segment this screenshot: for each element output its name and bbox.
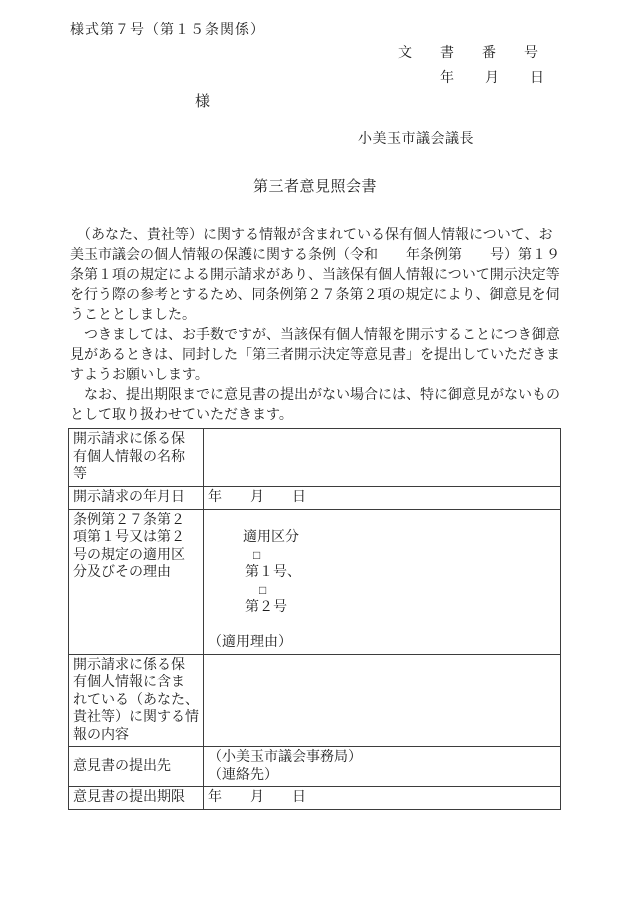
body-text: （あなた、貴社等）に関する情報が含まれている保有個人情報について、お 美玉市議会… [70, 226, 562, 426]
row-label-info-content: 開示請求に係る保 有個人情報に含ま れている（あなた、 貴社等）に関する情 報の… [69, 654, 204, 747]
applicable-reason-label: （適用理由） [208, 634, 556, 652]
table-row-info-content: 開示請求に係る保 有個人情報に含ま れている（あなた、 貴社等）に関する情 報の… [69, 654, 561, 747]
inquiry-details-table: 開示請求に係る保 有個人情報の名称 等 開示請求の年月日 年 月 日 条例第２７… [68, 428, 561, 810]
checkbox-item2-icon[interactable]: □ [259, 582, 266, 600]
info-content-input-area[interactable] [204, 654, 561, 747]
document-page: 様式第７号（第１５条関係） 文 書 番 号 年 月 日 様 小美玉市議会議長 第… [0, 0, 630, 903]
body-text-line: 条第１項の規定による開示請求があり、当該保有個人情報について開示決定等 [70, 266, 562, 286]
checkbox-item1-icon[interactable]: □ [253, 547, 260, 565]
document-number-label: 文 書 番 号 [398, 42, 545, 62]
row-label-personal-info-name: 開示請求に係る保 有個人情報の名称 等 [69, 429, 204, 487]
body-text-line: を行う際の参考とするため、同条例第２７条第２項の規定により、御意見を伺 [70, 286, 562, 306]
addressee-honorific: 様 [195, 90, 210, 111]
applicable-provision-value-area[interactable]: 適用区分 □ 第１号、 □ 第２号 （適用理由） [204, 509, 561, 654]
body-text-line: なお、提出期限までに意見書の提出がない場合には、特に御意見がないもの [70, 386, 562, 406]
table-row-personal-info-name: 開示請求に係る保 有個人情報の名称 等 [69, 429, 561, 487]
body-text-line: として取り扱わせていただきます。 [70, 406, 562, 426]
row-label-request-date: 開示請求の年月日 [69, 486, 204, 509]
body-text-line: つきましては、お手数ですが、当該保有個人情報を開示することにつき御意 [70, 326, 562, 346]
applicable-category-line: 適用区分 □ 第１号、 □ 第２号 [208, 512, 556, 635]
document-date-line: 年 月 日 [440, 67, 545, 87]
applicable-category-label: 適用区分 [243, 530, 299, 545]
row-label-submission-deadline: 意見書の提出期限 [69, 787, 204, 810]
submission-destination-value-area[interactable]: （小美玉市議会事務局） （連絡先） [204, 747, 561, 787]
addressee-name-input-area[interactable] [95, 93, 195, 111]
body-text-line: すようお願いします。 [70, 366, 562, 386]
row-label-submission-destination: 意見書の提出先 [69, 747, 204, 787]
body-text-line: うこととしました。 [70, 306, 562, 326]
addressee-line: 様 [95, 90, 210, 111]
row-label-applicable-provision: 条例第２７条第２ 項第１号又は第２ 号の規定の適用区 分及びその理由 [69, 509, 204, 654]
option-item2-label: 第２号 [245, 600, 287, 615]
body-text-line: （あなた、貴社等）に関する情報が含まれている保有個人情報について、お [70, 226, 562, 246]
body-text-line: 美玉市議会の個人情報の保護に関する条例（令和 年条例第 号）第１９ [70, 246, 562, 266]
form-number: 様式第７号（第１５条関係） [70, 19, 265, 39]
body-text-line: 見があるときは、同封した「第三者開示決定等意見書」を提出していただきま [70, 346, 562, 366]
table-row-submission-destination: 意見書の提出先 （小美玉市議会事務局） （連絡先） [69, 747, 561, 787]
option-item1-label: 第１号、 [245, 565, 301, 580]
table-row-request-date: 開示請求の年月日 年 月 日 [69, 486, 561, 509]
document-title: 第三者意見照会書 [0, 175, 630, 196]
personal-info-name-input-area[interactable] [204, 429, 561, 487]
table-row-applicable-provision: 条例第２７条第２ 項第１号又は第２ 号の規定の適用区 分及びその理由 適用区分 … [69, 509, 561, 654]
request-date-input-area[interactable]: 年 月 日 [204, 486, 561, 509]
sender-title: 小美玉市議会議長 [358, 128, 474, 148]
submission-deadline-input-area[interactable]: 年 月 日 [204, 787, 561, 810]
table-row-submission-deadline: 意見書の提出期限 年 月 日 [69, 787, 561, 810]
